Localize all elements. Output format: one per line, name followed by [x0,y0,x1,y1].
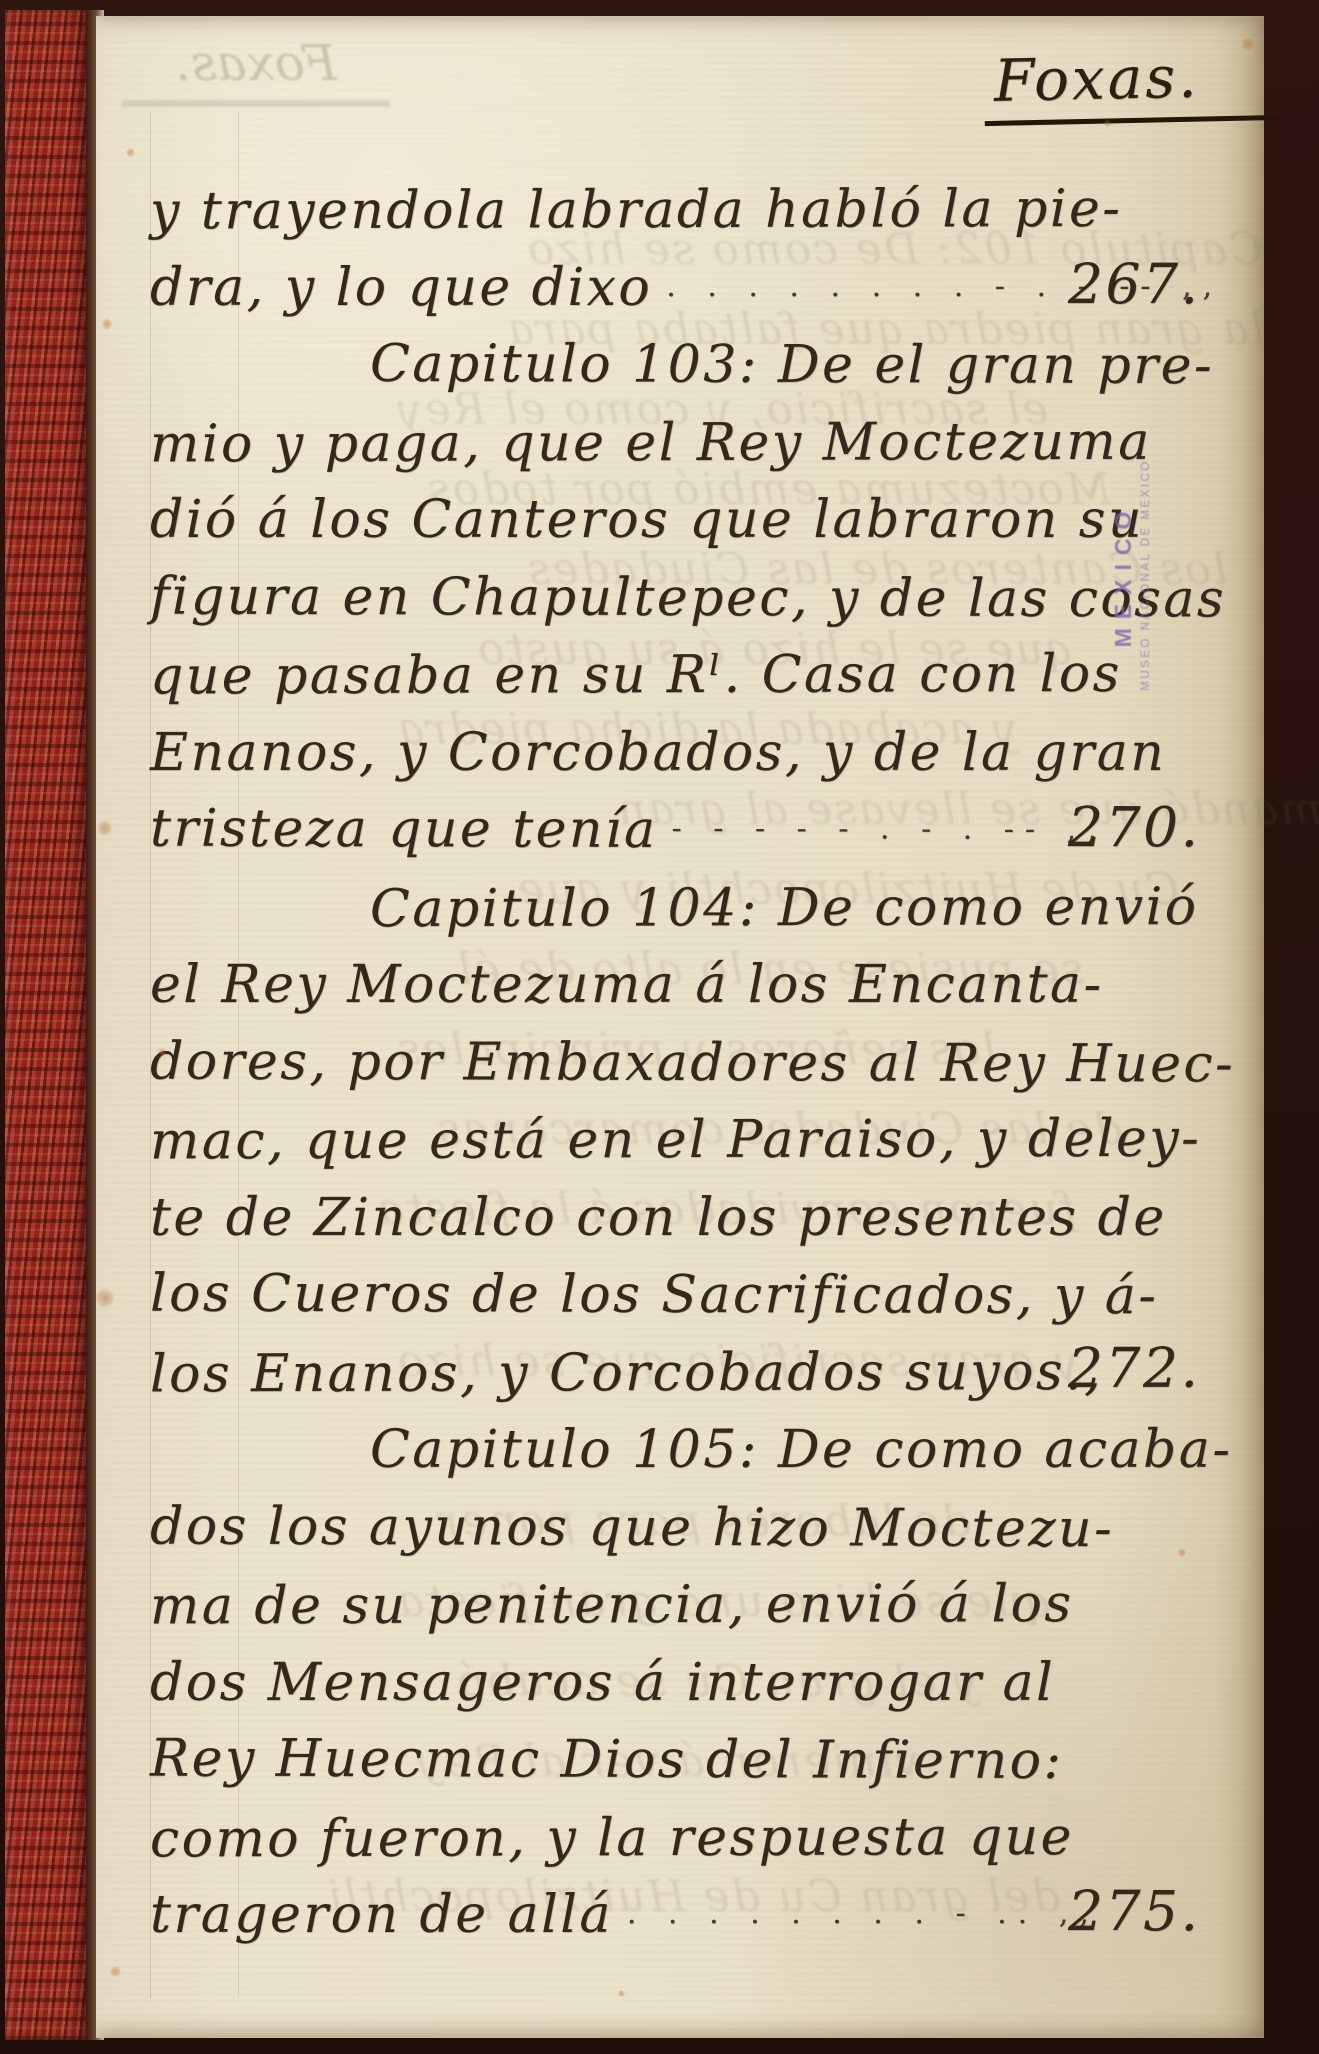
book-red-fore-edge [5,10,89,2040]
toc-line: figura en Chapultepec, y de las cosas [150,566,1234,641]
toc-line: Capitulo 105: De como acaba- [370,1420,1234,1492]
toc-line-text: mac, que está en el Paraiso, y deley- [150,1109,1201,1172]
toc-line: Capitulo 103: De el gran pre- [370,334,1234,408]
toc-line-text: dos Mensageros á interrogar al [150,1653,1055,1713]
toc-line: te de Zincalco con los presentes de [150,1188,1234,1260]
toc-line: ma de su penitencia, envió á los [150,1574,1234,1649]
toc-line-text: Capitulo 105: De como acaba- [370,1420,1232,1480]
toc-line: el Rey Moctezuma á los Encanta- [150,955,1234,1027]
toc-line-text: el Rey Moctezuma á los Encanta- [150,955,1104,1015]
toc-line: dió á los Canteros que labraron su [150,490,1234,562]
toc-line-text: los Enanos, y Corcobados suyos., [150,1341,1103,1403]
toc-line-text: dió á los Canteros que labraron su [150,490,1144,550]
toc-line-text: ma de su penitencia, envió á los [150,1574,1074,1636]
toc-line: que pasaba en su Rˡ. Casa con los [150,644,1234,719]
toc-line-text: tristeza que tenía [150,799,658,860]
toc-line-text: que pasaba en su Rˡ. Casa con los [150,644,1122,707]
toc-line: trageron de allá. . . . . . . . - .. ,,2… [150,1885,1234,1957]
manuscript-text-layer: y trayendola labrada habló la pie-dra, y… [96,16,1264,2038]
toc-line-text: Capitulo 103: De el gran pre- [370,334,1214,396]
toc-line-text: Capitulo 104: De como envió [370,876,1199,938]
toc-line-text: los Cueros de los Sacrificados, y á- [150,1264,1159,1327]
toc-page-number: 270. [1068,795,1201,859]
toc-line: dores, por Embaxadores al Rey Huec- [150,1031,1234,1106]
book-cover-background: Foxas. Capitulo 102: De como se hizola g… [0,0,1319,2054]
toc-page-number: 275. [1068,1879,1200,1943]
dotted-leader: - - - - - . - . -- ,, [672,811,1108,847]
toc-line: y trayendola labrada habló la pie- [150,179,1234,254]
manuscript-page: Foxas. Capitulo 102: De como se hizola g… [96,16,1264,2038]
toc-line: mio y paga, que el Rey Moctezuma [150,411,1234,486]
toc-line: dra, y lo que dixo. . . . . . . . - . - … [150,258,1234,330]
toc-line: como fueron, y la respuesta que [150,1806,1234,1881]
toc-line-text: como fueron, y la respuesta que [150,1807,1074,1869]
toc-page-number: 272. [1068,1335,1201,1399]
toc-line-text: dra, y lo que dixo [150,258,652,318]
toc-line-text: trageron de allá [150,1885,613,1945]
toc-line: mac, que está en el Paraiso, y deley- [150,1109,1234,1184]
toc-line-text: Rey Huecmac Dios del Infierno: [150,1729,1064,1791]
toc-line: tristeza que tenía- - - - - . - . -- ,,2… [150,799,1234,874]
toc-line: dos Mensageros á interrogar al [150,1653,1234,1725]
toc-line: dos los ayunos que hizo Moctezu- [150,1496,1234,1571]
toc-line: Enanos, y Corcobados, y de la gran [150,723,1234,795]
toc-line: los Cueros de los Sacrificados, y á- [150,1264,1234,1339]
toc-page-number: 267. [1068,252,1200,316]
toc-line: Capitulo 104: De como envió [370,876,1234,950]
toc-line-text: figura en Chapultepec, y de las cosas [150,566,1226,629]
toc-line-text: Enanos, y Corcobados, y de la gran [150,723,1166,783]
toc-line: Rey Huecmac Dios del Infierno: [150,1729,1234,1804]
toc-line-text: y trayendola labrada habló la pie- [150,179,1122,242]
dotted-leader: . . . . . . . . - .. ,, [627,1896,1100,1931]
toc-line-text: dos los ayunos que hizo Moctezu- [150,1496,1114,1559]
toc-line-text: te de Zincalco con los presentes de [150,1188,1167,1248]
toc-line-text: dores, por Embaxadores al Rey Huec- [150,1031,1235,1094]
toc-line-text: mio y paga, que el Rey Moctezuma [150,411,1152,474]
toc-line: los Enanos, y Corcobados suyos.,272. [150,1341,1234,1416]
